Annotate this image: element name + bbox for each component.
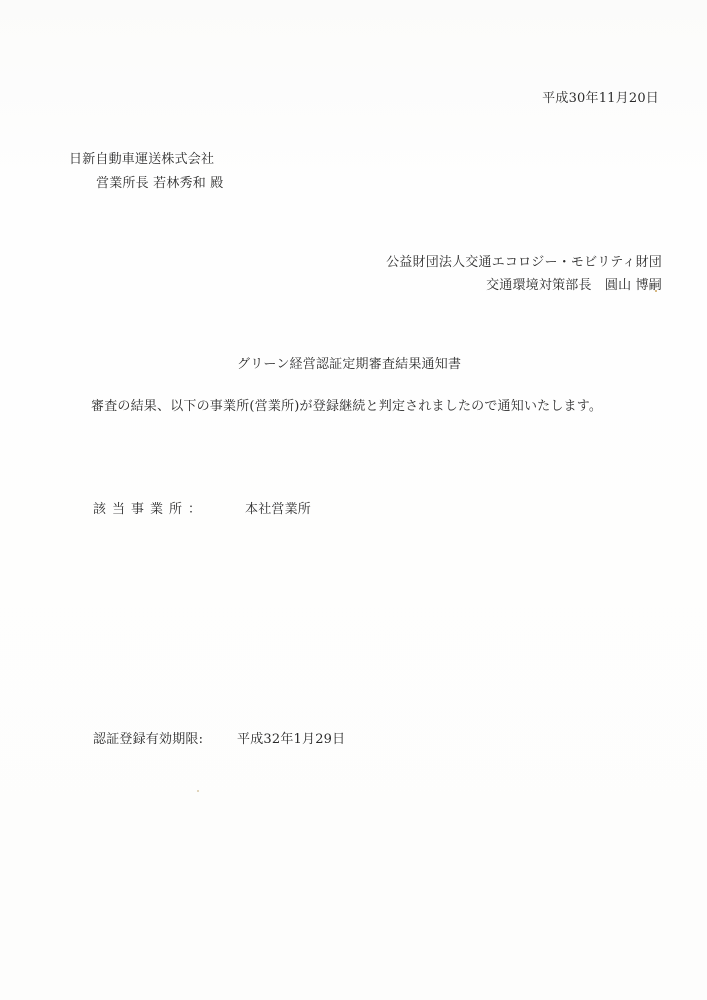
issue-date: 平成30年11月20日: [542, 91, 659, 107]
sender-organization: 公益財団法人交通エコロジー・モビリティ財団: [386, 255, 662, 271]
validity-label: 認証登録有効期限:: [93, 732, 203, 748]
document-title: グリーン経営認証定期審査結果通知書: [237, 357, 461, 373]
office-label: 該当事業所：: [93, 502, 207, 518]
office-value: 本社営業所: [245, 502, 311, 518]
scan-speck: [655, 290, 657, 292]
body-text: 審査の結果、以下の事業所(営業所)が登録継続と判定されましたので通知いたします。: [91, 399, 602, 415]
sender-person: 交通環境対策部長 圓山 博嗣: [486, 278, 662, 294]
validity-value: 平成32年1月29日: [237, 732, 345, 748]
scan-speck: [197, 790, 199, 792]
addressee-company: 日新自動車運送株式会社: [69, 152, 214, 168]
document-page: 平成30年11月20日 日新自動車運送株式会社 営業所長 若林秀和 殿 公益財団…: [0, 0, 707, 1000]
addressee-person: 営業所長 若林秀和 殿: [96, 176, 223, 192]
